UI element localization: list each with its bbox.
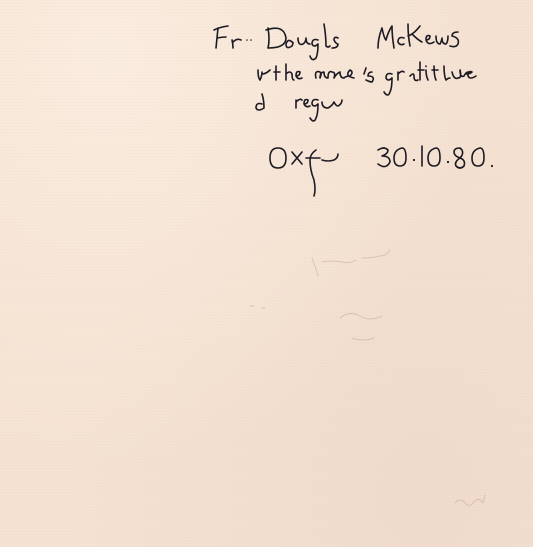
book-flyleaf-page: For Douglas Matthews with the author's g… — [0, 0, 533, 547]
inscription-line-2 — [258, 62, 476, 95]
handwritten-inscription — [0, 0, 533, 547]
inscription-line-3 — [256, 94, 342, 121]
inscription-line-4 — [270, 146, 493, 196]
inscription-line-1 — [214, 24, 458, 60]
